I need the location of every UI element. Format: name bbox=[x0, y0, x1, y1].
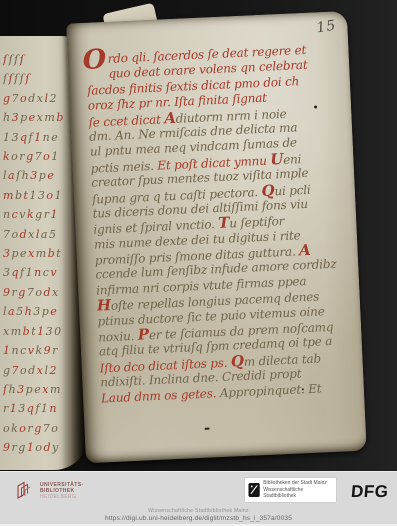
manuscript-text-segment: H bbox=[97, 296, 112, 314]
facing-page-row: 3qf1ncv bbox=[3, 263, 69, 282]
facing-page-row: korg7o1 bbox=[3, 147, 69, 166]
manuscript-text-segment: noxiu. bbox=[98, 329, 138, 345]
mainz-line1: Bibliotheken der Stadt Mainz bbox=[263, 480, 333, 487]
facing-page-row: 7odxla5 bbox=[3, 225, 69, 244]
manuscript-text-segment: T bbox=[218, 214, 230, 232]
facing-page-row: 3pexmbt bbox=[3, 244, 69, 263]
page-speck bbox=[314, 105, 317, 108]
dfg-logo: DFG bbox=[350, 482, 389, 502]
manuscript-text-segment: ui pcli bbox=[274, 182, 311, 198]
facing-page-row: ſſſſ bbox=[3, 50, 69, 69]
facing-page-row: laſh3pe bbox=[3, 166, 69, 185]
facing-page-rows: ſſſſſſſſſg7odxl2h3pexmb13qf1nekorg7o1laſ… bbox=[3, 50, 69, 462]
facing-page-row: 9rg1ody bbox=[3, 438, 69, 457]
manuscript-text: rdo qli. ſacerdos ſe deat regere etquo d… bbox=[85, 41, 353, 406]
ubh-logo: UNIVERSITÄTS- BIBLIOTHEK HEIDELBERG bbox=[15, 480, 84, 501]
facing-page-row: ſſſſſ bbox=[3, 69, 69, 88]
manuscript-text-segment: Q bbox=[261, 181, 275, 200]
manuscript-text-segment: eni bbox=[283, 152, 302, 167]
mainz-library-icon bbox=[248, 482, 260, 498]
facing-page-row: 9rg7odx bbox=[3, 283, 69, 302]
facing-page-row: 1ncvk9r bbox=[3, 341, 69, 360]
facing-page-row: mbt13o1 bbox=[3, 186, 69, 205]
facing-page-row: h3pexmb bbox=[3, 108, 69, 127]
mainz-logo-text: Bibliotheken der Stadt Mainz Wissenschaf… bbox=[263, 480, 333, 500]
folio-number: 15 bbox=[316, 17, 338, 36]
ubh-line3: HEIDELBERG bbox=[40, 494, 84, 500]
manuscript-text-segment: A bbox=[299, 241, 311, 259]
manuscript-text-segment: U bbox=[270, 150, 284, 169]
manuscript-text-segment: P bbox=[137, 325, 149, 343]
footer-bar: UNIVERSITÄTS- BIBLIOTHEK HEIDELBERG Wiss… bbox=[0, 471, 397, 526]
mainz-line2: Wissenschaftliche Stadtbibliothek bbox=[263, 487, 333, 500]
facing-page-row: okorg7o bbox=[3, 419, 69, 438]
facing-page-row: r13qf1n bbox=[3, 399, 69, 418]
facing-page-row: 13qf1ne bbox=[3, 128, 69, 147]
footer-url: https://digi.ub.uni-heidelberg.de/diglit… bbox=[0, 515, 397, 522]
page-speck bbox=[205, 428, 210, 430]
manuscript-text-segment: Q bbox=[230, 352, 244, 371]
footer-caption: Wissenschaftliche Stadtbibliothek Mainz bbox=[0, 508, 397, 514]
facing-page-row: ſh3pexm bbox=[3, 380, 69, 399]
ubh-logo-text: UNIVERSITÄTS- BIBLIOTHEK HEIDELBERG bbox=[40, 482, 84, 500]
photo-area: ſſſſſſſſſg7odxl2h3pexmb13qf1nekorg7o1laſ… bbox=[0, 0, 397, 471]
manuscript-page: 15 O rdo qli. ſacerdos ſe deat regere et… bbox=[66, 11, 367, 463]
facing-page-row: xmbt130 bbox=[3, 322, 69, 341]
facing-page-row: la5h3pe bbox=[3, 302, 69, 321]
ubh-logo-icon bbox=[15, 480, 36, 501]
mainz-logo: Bibliotheken der Stadt Mainz Wissenschaf… bbox=[245, 478, 336, 502]
ubh-line1: UNIVERSITÄTS- bbox=[40, 482, 84, 488]
facing-page-row: g7odxl2 bbox=[3, 361, 69, 380]
screenshot-root: ſſſſſſſſſg7odxl2h3pexmb13qf1nekorg7o1laſ… bbox=[0, 0, 397, 526]
facing-page-row: g7odxl2 bbox=[3, 89, 69, 108]
page-speck bbox=[302, 388, 304, 390]
facing-page-row: ncvkgr1 bbox=[3, 205, 69, 224]
